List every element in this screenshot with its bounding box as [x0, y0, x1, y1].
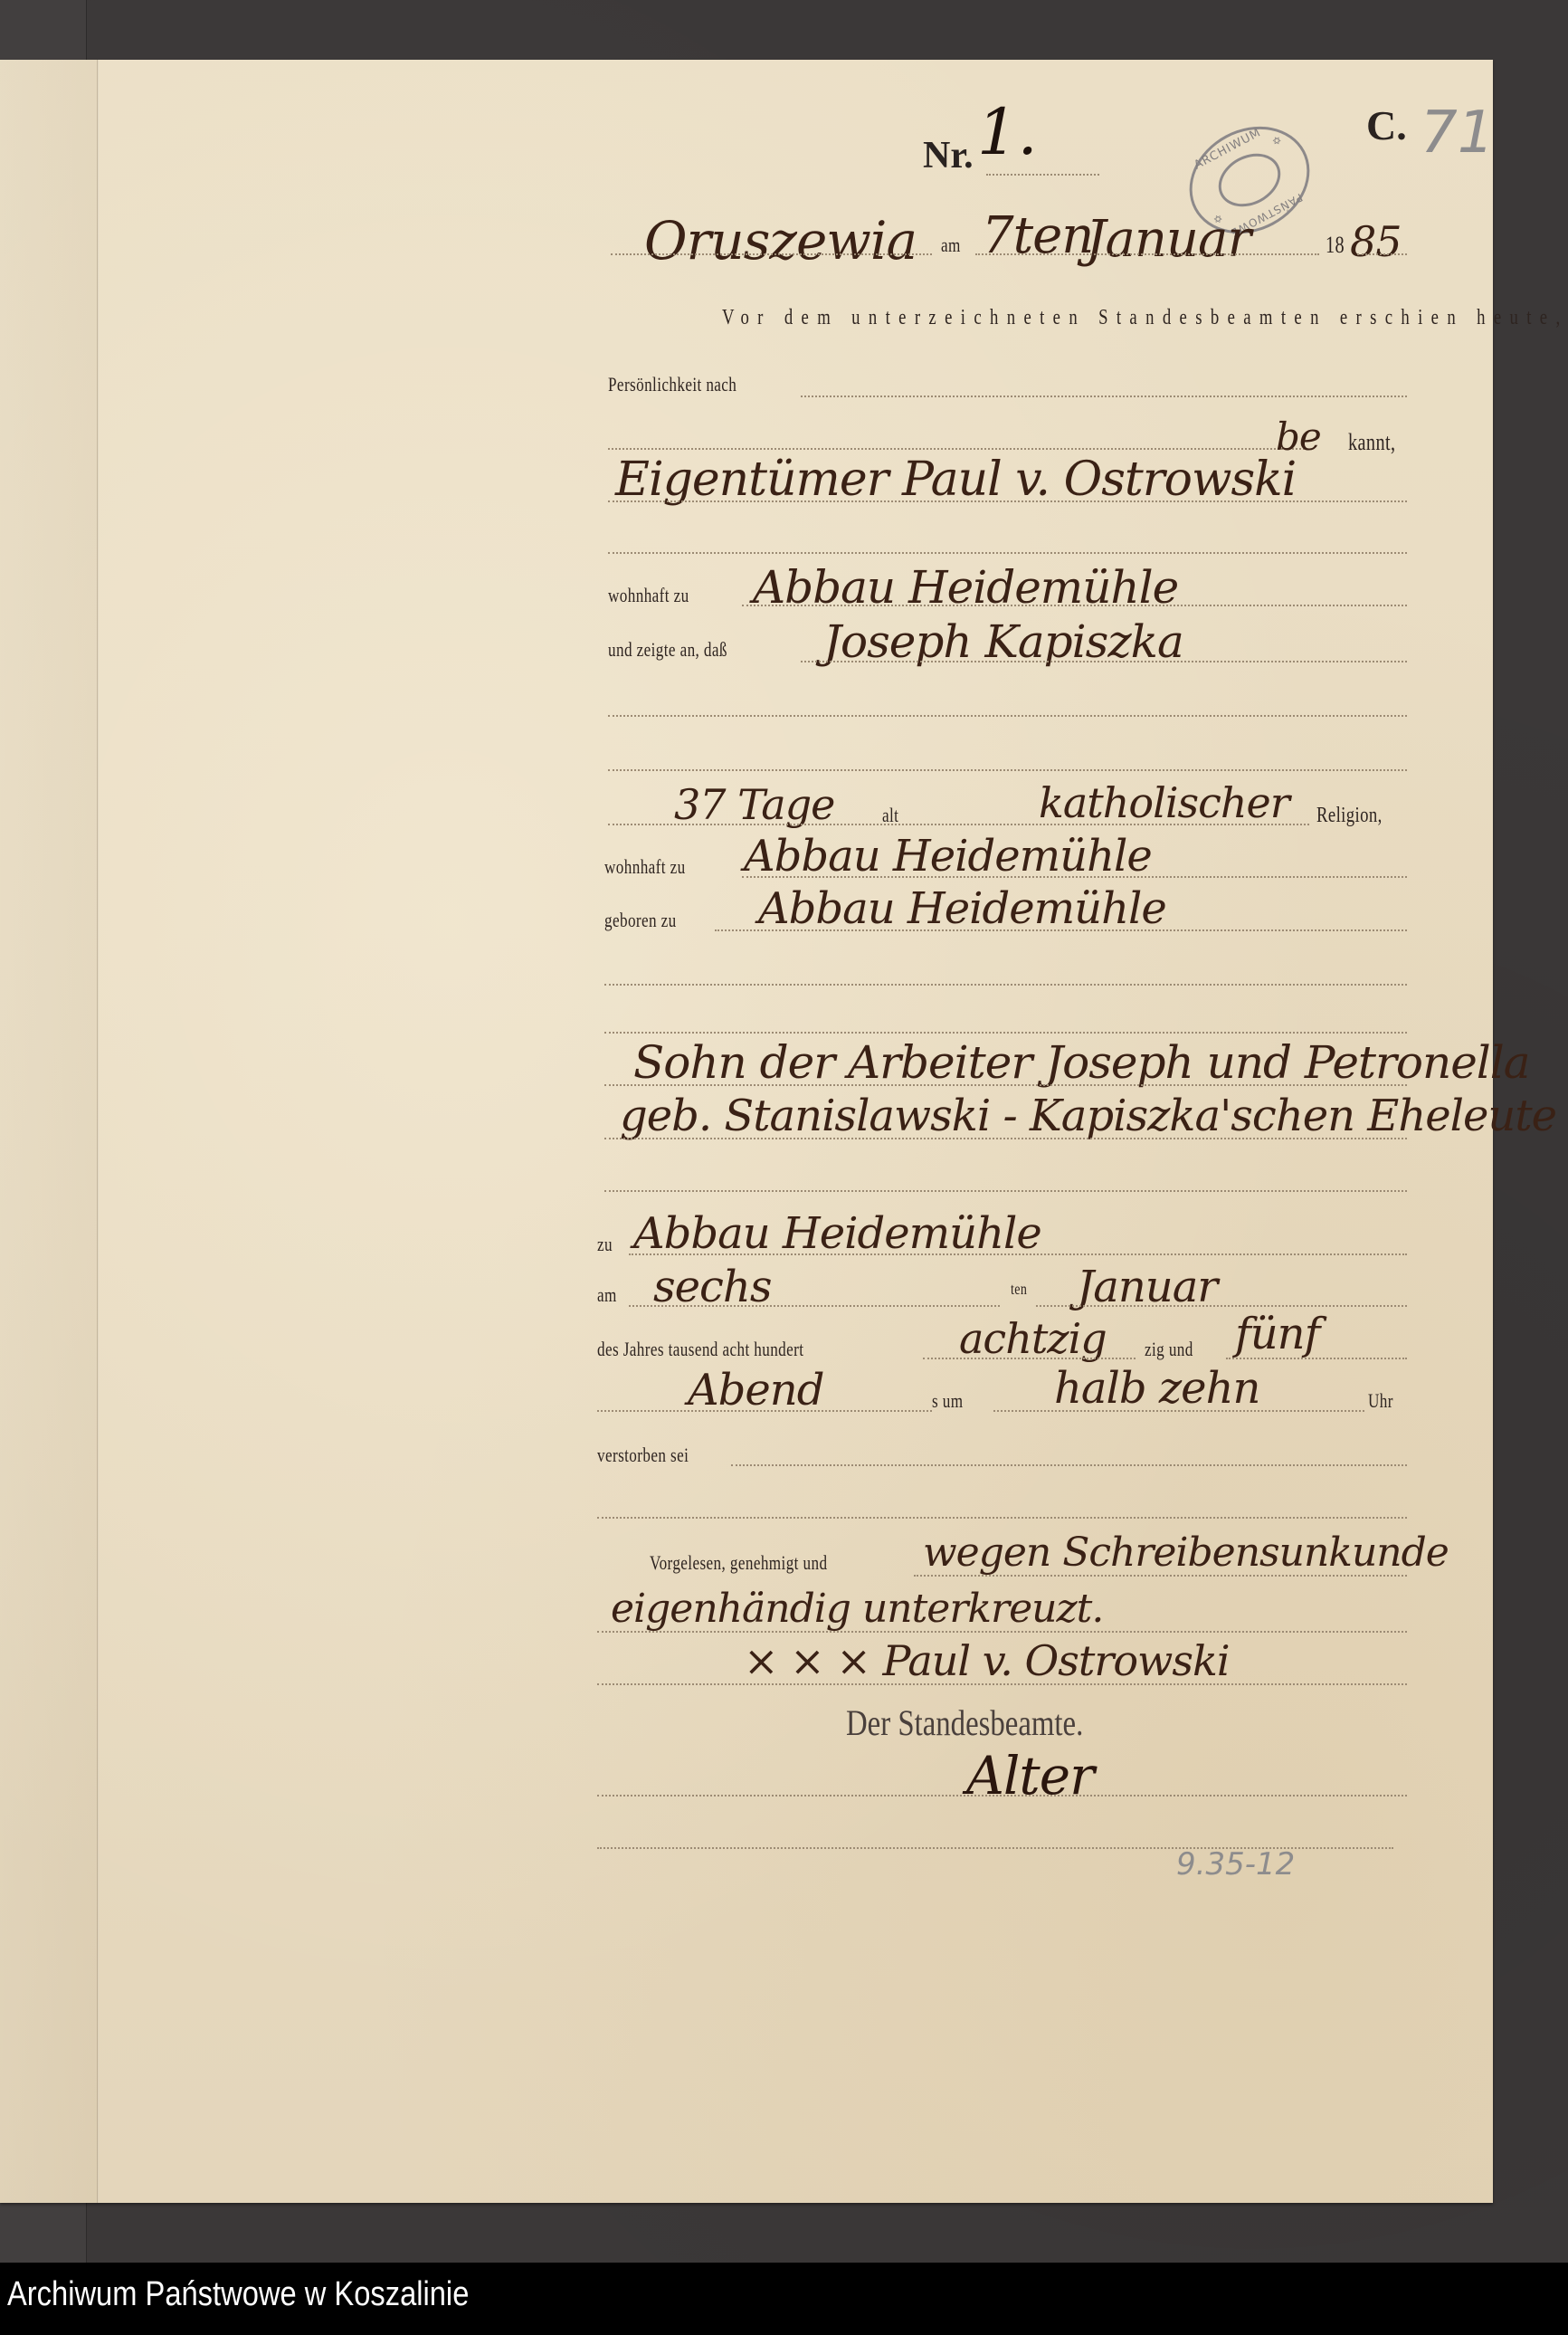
- closing-handwritten-1: wegen Schreibensunkunde: [923, 1530, 1449, 1576]
- blank-line-4: [604, 984, 1407, 986]
- zu-label: zu: [597, 1233, 613, 1256]
- persoenlichkeit-line: [801, 396, 1407, 397]
- stamp-star-icon: ✡: [1270, 133, 1285, 149]
- signature-line: [597, 1795, 1407, 1797]
- year-printed: 18: [1326, 232, 1345, 259]
- death-month-line: [1036, 1305, 1407, 1307]
- informant-name: Eigentümer Paul v. Ostrowski: [615, 453, 1296, 507]
- blank-line-2: [608, 715, 1407, 717]
- birthplace: Abbau Heidemühle: [758, 883, 1166, 934]
- series-label: C.: [1366, 101, 1407, 149]
- series-number-pencil: 71: [1421, 100, 1494, 167]
- religion-label: Religion,: [1316, 804, 1383, 828]
- am-label-2: am: [597, 1283, 617, 1307]
- birthplace-line: [715, 929, 1407, 931]
- page-fold-shade: [0, 60, 97, 2203]
- religion-handwritten: katholischer: [1039, 778, 1289, 827]
- year-units: fünf: [1235, 1309, 1319, 1359]
- age-handwritten: 37 Tage: [674, 780, 834, 829]
- kannt-label: kannt,: [1348, 429, 1395, 456]
- zig-und-label: zig und: [1145, 1338, 1193, 1361]
- year-units-line: [1226, 1358, 1407, 1359]
- year-line: [1357, 253, 1407, 255]
- ten-label: ten: [1011, 1280, 1027, 1299]
- place-line: [611, 253, 932, 255]
- archive-footer: Archiwum Państwowe w Koszalinie: [0, 2263, 1568, 2335]
- intro-line: Vor dem unterzeichneten Standesbeamten e…: [722, 306, 1568, 330]
- informant-line-1: [608, 448, 1305, 450]
- pencil-reference: 9.35-12: [1176, 1846, 1295, 1882]
- year-tens: achtzig: [959, 1314, 1107, 1363]
- wohnhaft-label-1: wohnhaft zu: [608, 584, 689, 607]
- blank-line-3: [608, 769, 1407, 771]
- closing-handwritten-2: eigenhändig unterkreuzt.: [611, 1586, 1103, 1632]
- parents-line-2: geb. Stanislawski - Kapiszka'schen Ehele…: [620, 1091, 1556, 1141]
- hour: halb zehn: [1054, 1363, 1259, 1414]
- deceased-residence: Abbau Heidemühle: [744, 831, 1152, 882]
- death-day-line: [629, 1305, 1000, 1307]
- page-fold-line: [97, 60, 99, 2203]
- informant-mark-signature: × × × Paul v. Ostrowski: [744, 1636, 1230, 1685]
- closing-line-2: [597, 1631, 1407, 1633]
- parents-line-1-rule: [604, 1084, 1407, 1086]
- deceased-residence-line: [742, 876, 1407, 878]
- date-line: [975, 253, 1319, 255]
- archive-name: Archiwum Państwowe w Koszalinie: [7, 2275, 469, 2314]
- parents-line-2-rule: [604, 1138, 1407, 1139]
- year-tens-line: [923, 1358, 1136, 1359]
- wohnhaft-label-2: wohnhaft zu: [604, 855, 686, 879]
- record-number-label: Nr.: [923, 134, 974, 177]
- parents-line-1: Sohn der Arbeiter Joseph und Petronella: [633, 1036, 1530, 1089]
- age-religion-line: [608, 824, 1309, 825]
- persoenlichkeit-label: Persönlichkeit nach: [608, 373, 736, 396]
- date-day: 7ten: [982, 206, 1093, 265]
- closing-line-3: [597, 1683, 1407, 1685]
- vorgelesen-label: Vorgelesen, genehmigt und: [650, 1551, 827, 1575]
- death-place-line: [629, 1253, 1407, 1255]
- s-um-label: s um: [932, 1389, 963, 1413]
- uhr-label: Uhr: [1368, 1389, 1393, 1413]
- am-label: am: [941, 233, 961, 257]
- informant-line-2: [608, 500, 1407, 502]
- blank-line-5: [604, 1032, 1407, 1034]
- hour-line: [993, 1410, 1364, 1412]
- year-label: des Jahres tausend acht hundert: [597, 1338, 803, 1361]
- death-place: Abbau Heidemühle: [633, 1208, 1041, 1259]
- date-month: Januar: [1086, 210, 1250, 269]
- zeigte-an-label: und zeigte an, daß: [608, 638, 727, 662]
- place-handwritten: Oruszewia: [644, 210, 917, 272]
- verstorben-label: verstorben sei: [597, 1444, 689, 1467]
- official-title: Der Standesbeamte.: [846, 1701, 1083, 1744]
- deceased-name-line: [801, 661, 1407, 662]
- record-number-value: 1.: [977, 95, 1038, 169]
- blank-line-7: [597, 1517, 1407, 1519]
- time-of-day-line: [597, 1410, 932, 1412]
- informant-residence-line: [742, 605, 1407, 606]
- year-handwritten: 85: [1350, 217, 1402, 266]
- record-number-line: [986, 174, 1099, 176]
- blank-line-6: [604, 1190, 1407, 1192]
- official-signature: Alter: [966, 1745, 1094, 1806]
- time-of-day: Abend: [688, 1365, 823, 1415]
- geboren-label: geboren zu: [604, 909, 677, 932]
- closing-line-1: [914, 1575, 1407, 1577]
- blank-line-1: [608, 552, 1407, 554]
- verstorben-line: [731, 1464, 1407, 1466]
